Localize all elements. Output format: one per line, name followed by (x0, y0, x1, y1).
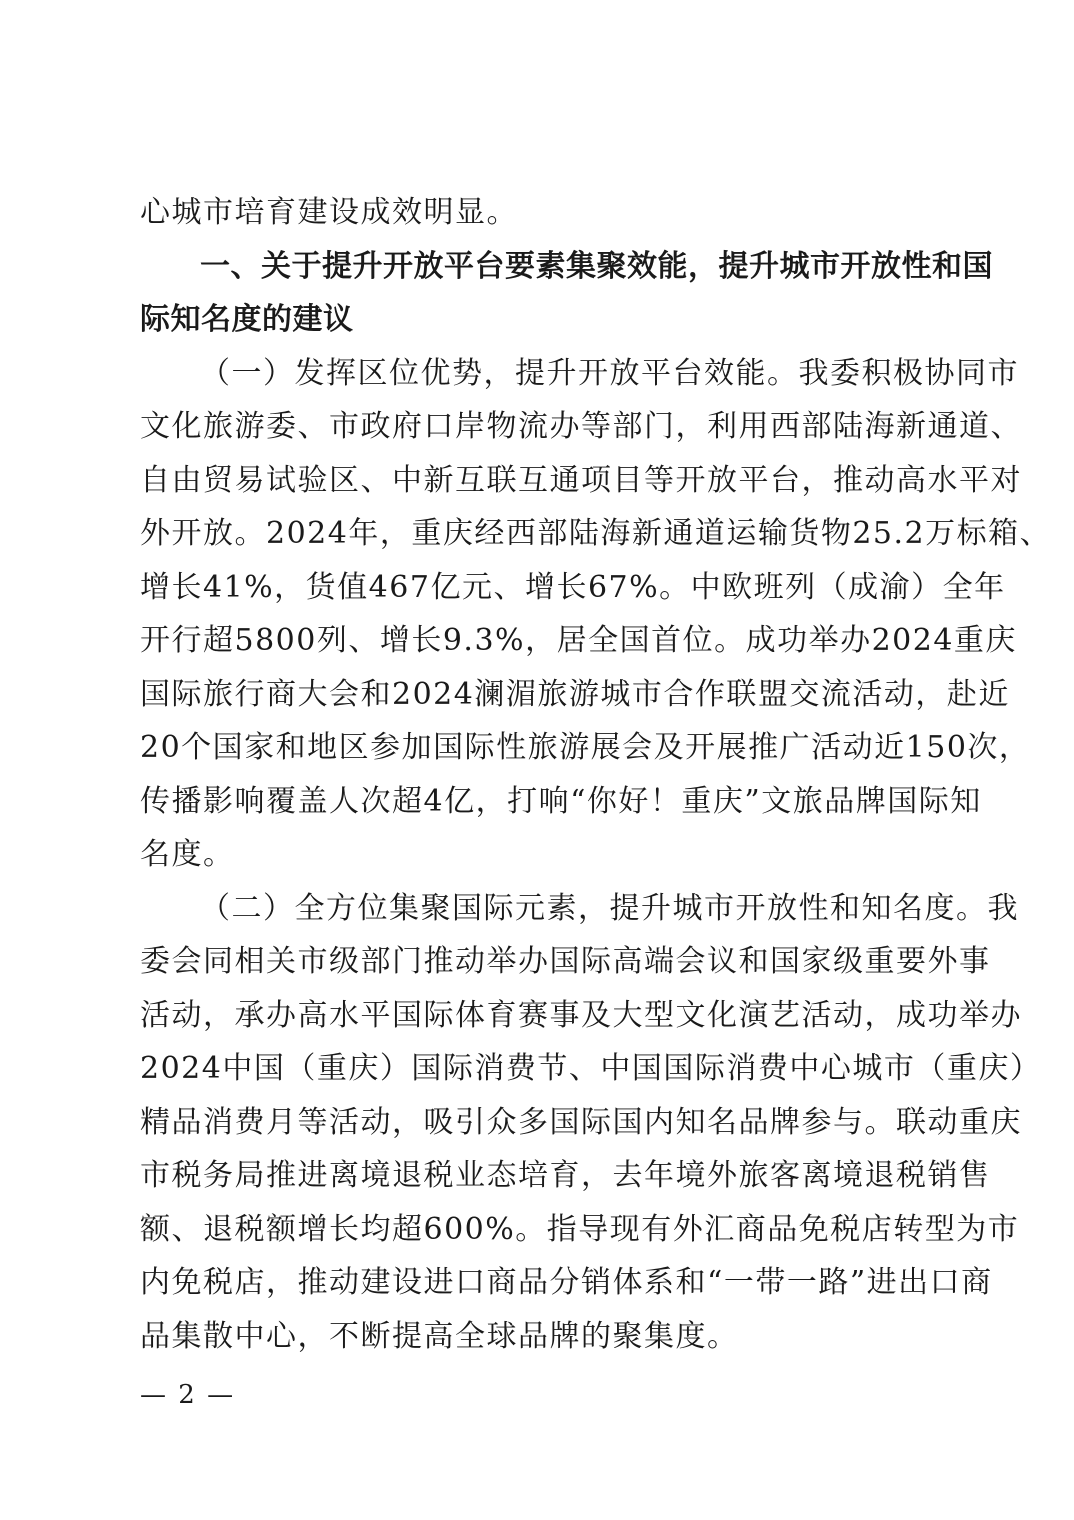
paragraph-2-line-9: 品集散中心，不断提高全球品牌的聚集度。 (140, 1310, 940, 1364)
paragraph-2: （二）全方位集聚国际元素，提升城市开放性和知名度。我 委会同相关市级部门推动举办… (140, 882, 940, 1364)
paragraph-1-line-1: （一）发挥区位优势，提升开放平台效能。我委积极协同市 (140, 347, 940, 401)
paragraph-2-line-8: 内免税店，推动建设进口商品分销体系和“一带一路”进出口商 (140, 1256, 940, 1310)
paragraph-2-line-5: 精品消费月等活动，吸引众多国际国内知名品牌参与。联动重庆 (140, 1096, 940, 1150)
document-page: 心城市培育建设成效明显。 一、关于提升开放平台要素集聚效能，提升城市开放性和国 … (140, 186, 940, 1363)
section-heading-line-2: 际知名度的建议 (140, 293, 940, 347)
paragraph-1-line-3: 自由贸易试验区、中新互联互通项目等开放平台，推动高水平对 (140, 454, 940, 508)
page-number: — 2 — (140, 1380, 235, 1410)
paragraph-1-line-2: 文化旅游委、市政府口岸物流办等部门，利用西部陆海新通道、 (140, 400, 940, 454)
paragraph-2-line-7: 额、退税额增长均超600%。指导现有外汇商品免税店转型为市 (140, 1203, 940, 1257)
section-heading-line-1: 一、关于提升开放平台要素集聚效能，提升城市开放性和国 (140, 240, 940, 294)
paragraph-1-line-4: 外开放。2024年，重庆经西部陆海新通道运输货物25.2万标箱、 (140, 507, 940, 561)
paragraph-2-line-1: （二）全方位集聚国际元素，提升城市开放性和知名度。我 (140, 882, 940, 936)
paragraph-1: （一）发挥区位优势，提升开放平台效能。我委积极协同市 文化旅游委、市政府口岸物流… (140, 347, 940, 882)
paragraph-1-line-6: 开行超5800列、增长9.3%，居全国首位。成功举办2024重庆 (140, 614, 940, 668)
paragraph-2-line-6: 市税务局推进离境退税业态培育，去年境外旅客离境退税销售 (140, 1149, 940, 1203)
paragraph-1-line-10: 名度。 (140, 828, 940, 882)
continuation-line: 心城市培育建设成效明显。 (140, 186, 940, 240)
paragraph-1-line-5: 增长41%，货值467亿元、增长67%。中欧班列（成渝）全年 (140, 561, 940, 615)
paragraph-2-line-3: 活动，承办高水平国际体育赛事及大型文化演艺活动，成功举办 (140, 989, 940, 1043)
paragraph-1-line-9: 传播影响覆盖人次超4亿，打响“你好！重庆”文旅品牌国际知 (140, 775, 940, 829)
paragraph-1-line-7: 国际旅行商大会和2024澜湄旅游城市合作联盟交流活动，赴近 (140, 668, 940, 722)
paragraph-1-line-8: 20个国家和地区参加国际性旅游展会及开展推广活动近150次， (140, 721, 940, 775)
paragraph-2-line-2: 委会同相关市级部门推动举办国际高端会议和国家级重要外事 (140, 935, 940, 989)
paragraph-2-line-4: 2024中国（重庆）国际消费节、中国国际消费中心城市（重庆） (140, 1042, 940, 1096)
